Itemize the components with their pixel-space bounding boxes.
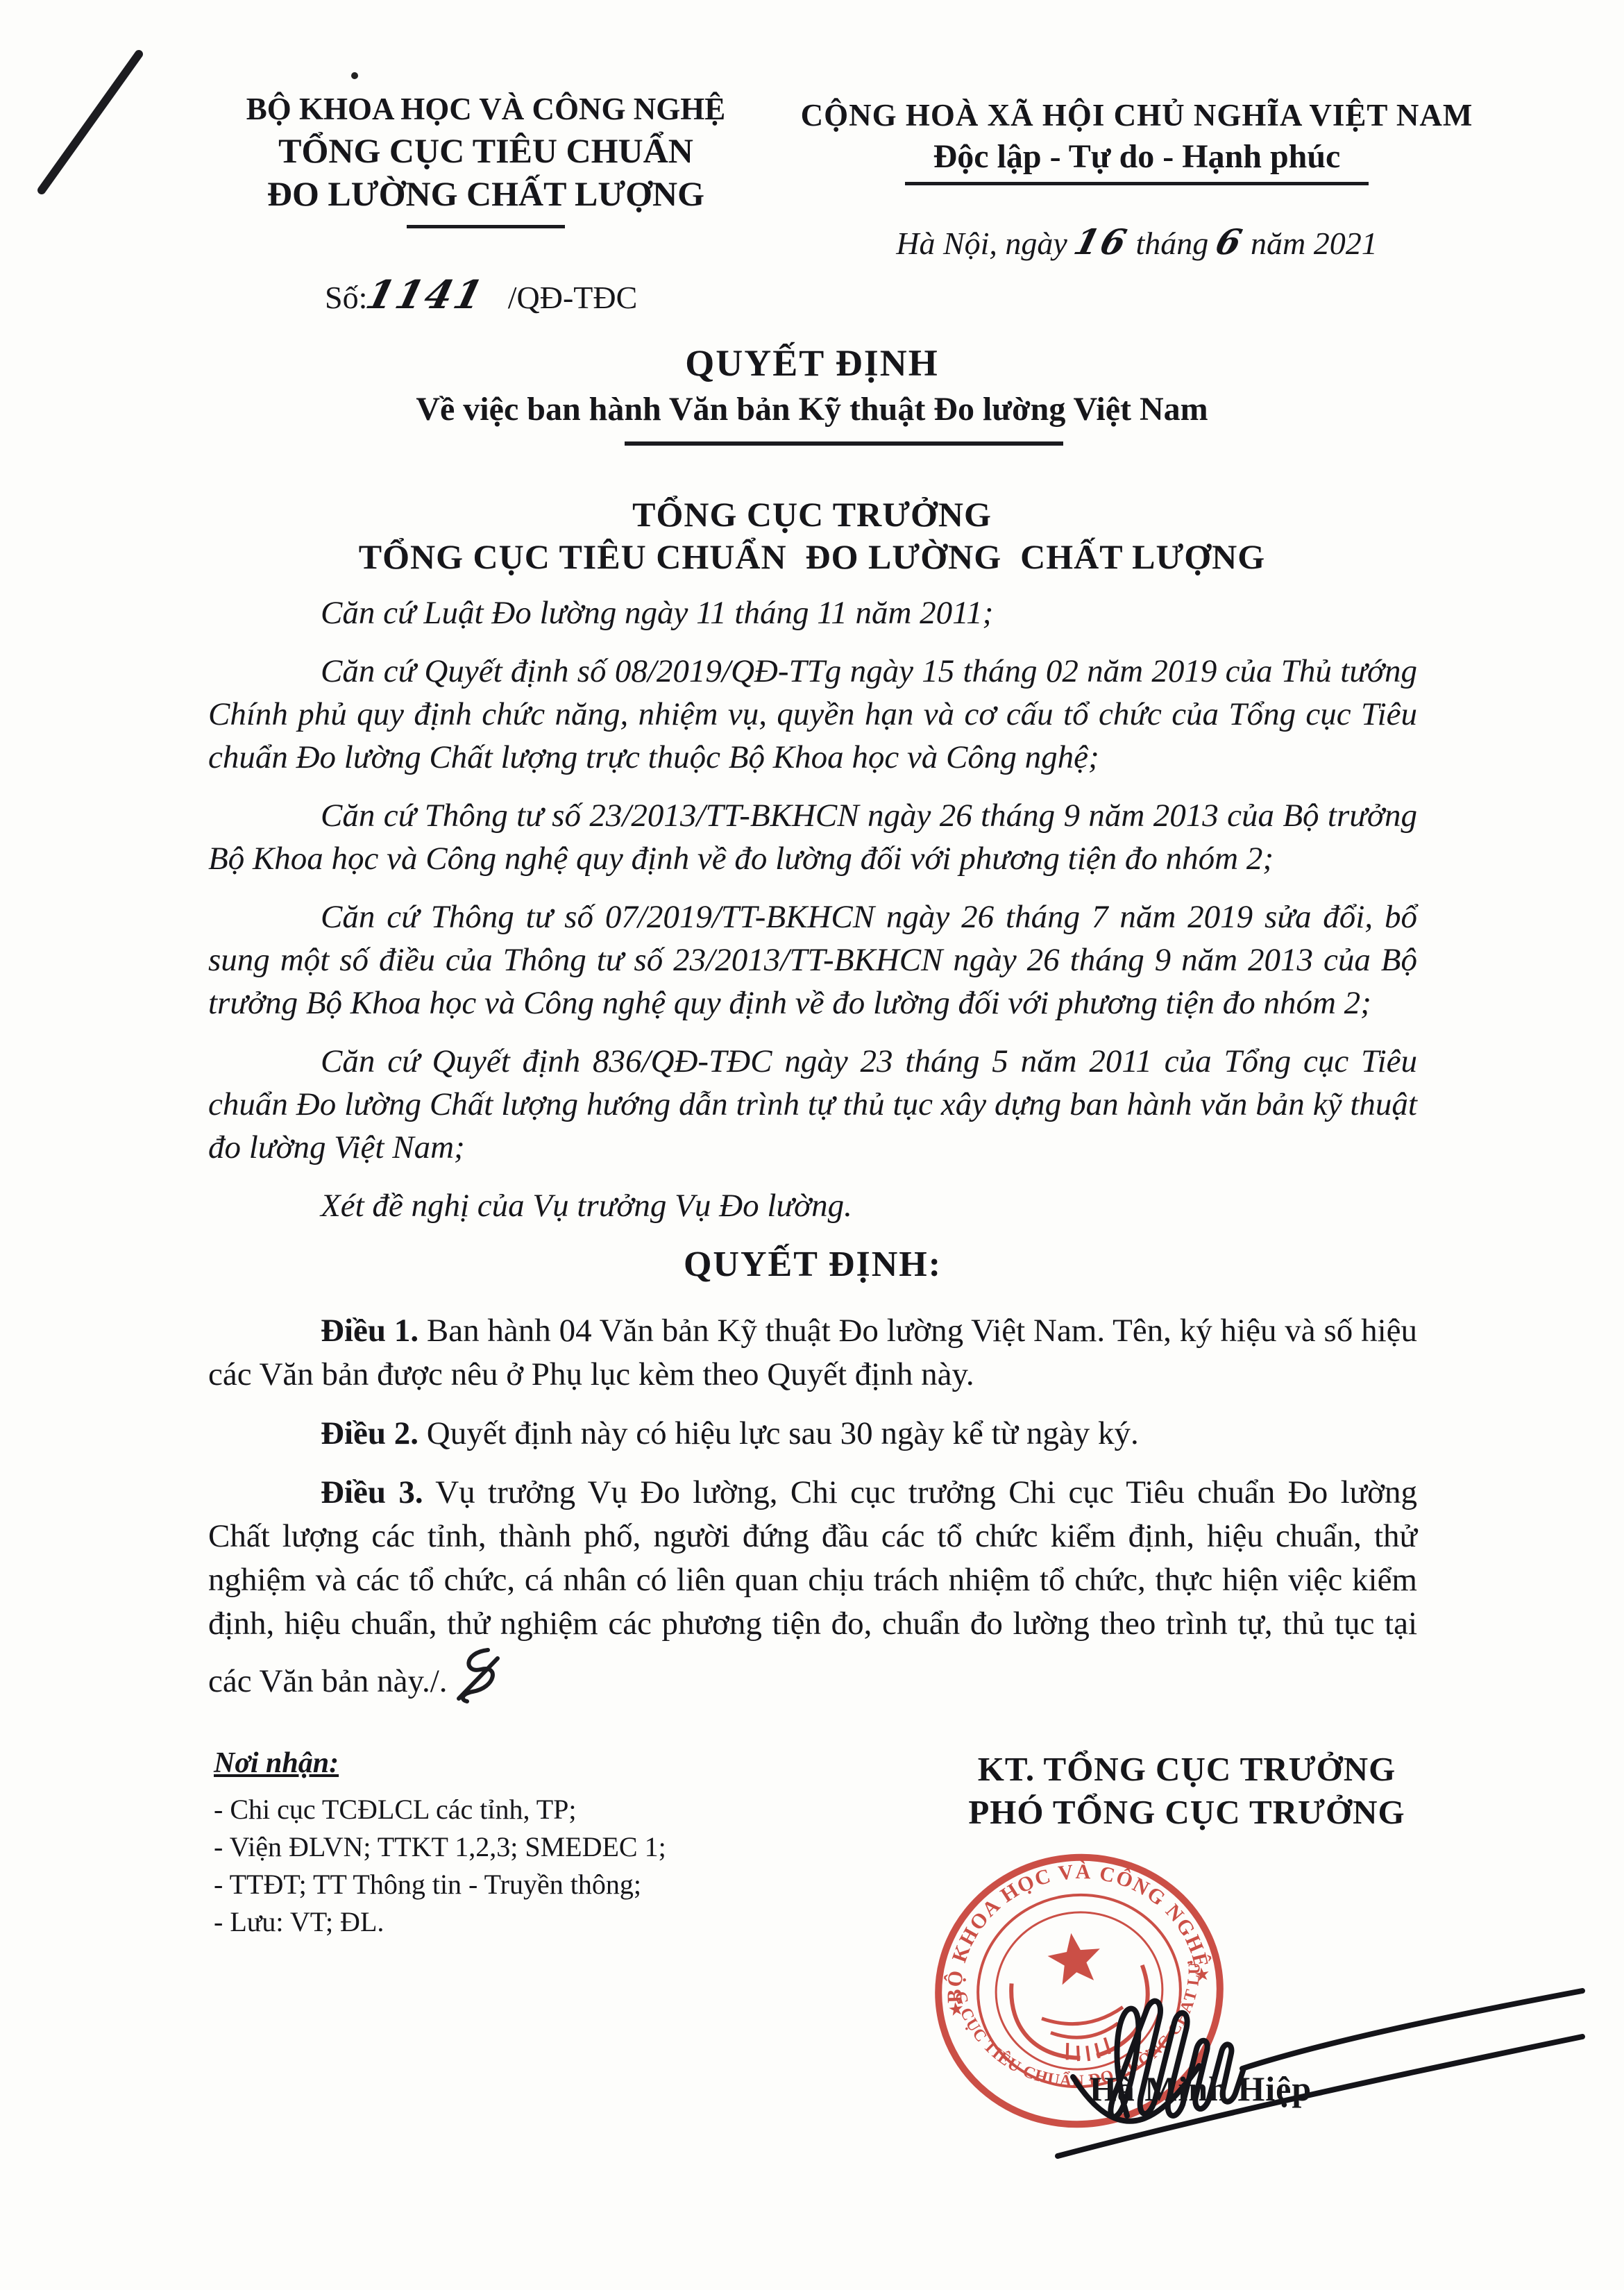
issuer-heading-block: TỔNG CỤC TRƯỞNG TỔNG CỤC TIÊU CHUẨN ĐO L… bbox=[0, 493, 1624, 578]
signature-scrawl-icon bbox=[991, 1941, 1602, 2184]
issuer-title: TỔNG CỤC TRƯỞNG bbox=[0, 493, 1624, 536]
article-3-label: Điều 3. bbox=[321, 1474, 423, 1510]
signer-title-line2: PHÓ TỔNG CỤC TRƯỞNG bbox=[895, 1791, 1478, 1834]
recital-paragraph: Căn cứ Luật Đo lường ngày 11 tháng 11 nă… bbox=[208, 591, 1417, 634]
date-between: tháng bbox=[1135, 226, 1208, 261]
issuing-agency-header: BỘ KHOA HỌC VÀ CÔNG NGHỆ TỔNG CỤC TIÊU C… bbox=[201, 89, 770, 228]
article-2-label: Điều 2. bbox=[321, 1415, 418, 1451]
handwritten-doc-number: 1141 bbox=[362, 272, 489, 318]
articles-section: Điều 1. Ban hành 04 Văn bản Kỹ thuật Đo … bbox=[208, 1309, 1417, 1704]
recital-paragraph: Căn cứ Quyết định số 08/2019/QĐ-TTg ngày… bbox=[208, 650, 1417, 779]
header-underline bbox=[407, 225, 565, 228]
article-3: Điều 3. Vụ trưởng Vụ Đo lường, Chi cục t… bbox=[208, 1471, 1417, 1704]
ministry-name: BỘ KHOA HỌC VÀ CÔNG NGHỆ bbox=[201, 89, 770, 129]
national-motto-line1: CỘNG HOÀ XÃ HỘI CHỦ NGHĨA VIỆT NAM bbox=[776, 96, 1498, 135]
directorate-name-line2: ĐO LƯỜNG CHẤT LƯỢNG bbox=[201, 172, 770, 215]
article-2: Điều 2. Quyết định này có hiệu lực sau 3… bbox=[208, 1412, 1417, 1456]
recipient-item: - Chi cục TCĐLCL các tỉnh, TP; bbox=[214, 1791, 838, 1828]
signer-title-line1: KT. TỔNG CỤC TRƯỞNG bbox=[895, 1748, 1478, 1791]
recipient-item: - TTĐT; TT Thông tin - Truyền thông; bbox=[214, 1866, 838, 1903]
recital-paragraph: Căn cứ Thông tư số 23/2013/TT-BKHCN ngày… bbox=[208, 794, 1417, 880]
decision-heading: QUYẾT ĐỊNH: bbox=[208, 1245, 1417, 1284]
document-subtitle: Về việc ban hành Văn bản Kỹ thuật Đo lườ… bbox=[0, 390, 1624, 429]
date-suffix: năm 2021 bbox=[1251, 226, 1378, 261]
document-number-line: Số:1141 /QĐ-TĐC bbox=[325, 272, 637, 318]
directorate-name-line1: TỔNG CỤC TIÊU CHUẨN bbox=[201, 129, 770, 172]
recital-paragraph: Căn cứ Quyết định 836/QĐ-TĐC ngày 23 thá… bbox=[208, 1040, 1417, 1169]
document-title-block: QUYẾT ĐỊNH Về việc ban hành Văn bản Kỹ t… bbox=[0, 342, 1624, 446]
stamp-star-left: ★ bbox=[947, 1998, 965, 2020]
date-prefix: Hà Nội, ngày bbox=[896, 226, 1067, 261]
scanned-decision-document: BỘ KHOA HỌC VÀ CÔNG NGHỆ TỔNG CỤC TIÊU C… bbox=[0, 0, 1624, 2290]
doc-number-suffix: /QĐ-TĐC bbox=[508, 280, 638, 315]
signature-block: KT. TỔNG CỤC TRƯỞNG PHÓ TỔNG CỤC TRƯỞNG bbox=[895, 1748, 1478, 1834]
doc-number-label: Số: bbox=[325, 280, 367, 315]
article-1-label: Điều 1. bbox=[321, 1313, 418, 1349]
handwritten-day: 16 bbox=[1070, 221, 1133, 262]
recital-paragraph: Xét đề nghị của Vụ trưởng Vụ Đo lường. bbox=[208, 1184, 1417, 1227]
motto-underline bbox=[905, 182, 1369, 185]
signer-name: Hà Minh Hiệp bbox=[992, 2069, 1409, 2109]
document-title: QUYẾT ĐỊNH bbox=[0, 342, 1624, 385]
recipient-item: - Lưu: VT; ĐL. bbox=[214, 1903, 838, 1941]
national-header: CỘNG HOÀ XÃ HỘI CHỦ NGHĨA VIỆT NAM Độc l… bbox=[776, 96, 1498, 262]
handwritten-month: 6 bbox=[1211, 221, 1248, 262]
recipients-heading: Nơi nhận: bbox=[214, 1746, 838, 1780]
issuer-agency: TỔNG CỤC TIÊU CHUẨN ĐO LƯỜNG CHẤT LƯỢNG bbox=[0, 536, 1624, 578]
recipient-item: - Viện ĐLVN; TTKT 1,2,3; SMEDEC 1; bbox=[214, 1828, 838, 1866]
ink-flourish-icon bbox=[452, 1646, 502, 1704]
pen-mark-icon bbox=[26, 40, 165, 200]
title-underline bbox=[625, 441, 1063, 446]
article-2-text: Quyết định này có hiệu lực sau 30 ngày k… bbox=[418, 1415, 1139, 1451]
recital-paragraph: Căn cứ Thông tư số 07/2019/TT-BKHCN ngày… bbox=[208, 895, 1417, 1025]
ink-dot-icon bbox=[351, 72, 358, 79]
recipients-block: Nơi nhận: - Chi cục TCĐLCL các tỉnh, TP;… bbox=[214, 1746, 838, 1941]
national-motto-line2: Độc lập - Tự do - Hạnh phúc bbox=[776, 135, 1498, 179]
article-1: Điều 1. Ban hành 04 Văn bản Kỹ thuật Đo … bbox=[208, 1309, 1417, 1397]
place-date-line: Hà Nội, ngày 16 tháng 6 năm 2021 bbox=[776, 221, 1498, 262]
document-body: Căn cứ Luật Đo lường ngày 11 tháng 11 nă… bbox=[208, 591, 1417, 1719]
